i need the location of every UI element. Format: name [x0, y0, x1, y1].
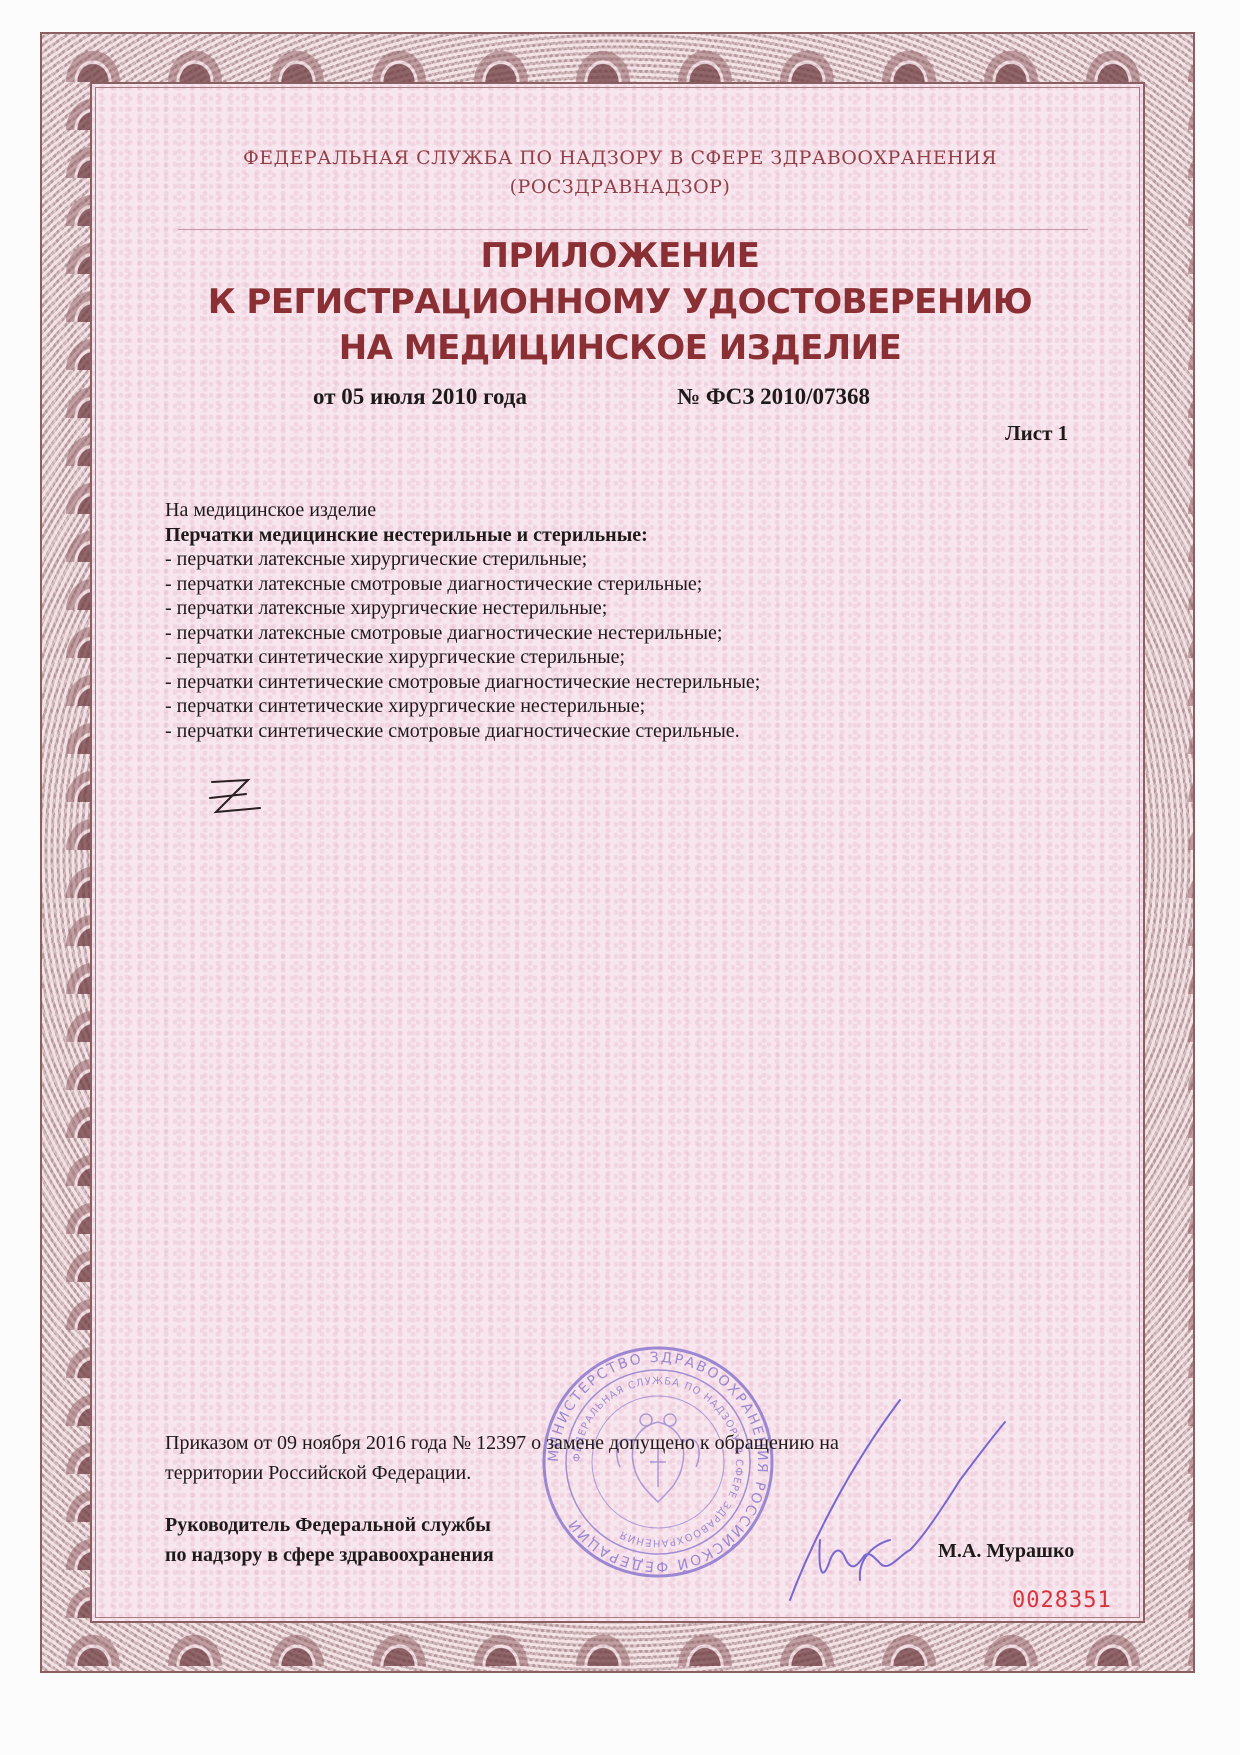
handwritten-signature	[760, 1360, 1020, 1620]
agency-name: ФЕДЕРАЛЬНАЯ СЛУЖБА ПО НАДЗОРУ В СФЕРЕ ЗД…	[0, 147, 1240, 169]
header-divider	[178, 229, 1088, 230]
signer-title-line1: Руководитель Федеральной службы	[165, 1510, 494, 1540]
product-list-item: - перчатки синтетические смотровые диагн…	[165, 719, 760, 744]
document-title-line2: К РЕГИСТРАЦИОННОМУ УДОСТОВЕРЕНИЮ	[0, 282, 1240, 322]
issue-date: от 05 июля 2010 года	[313, 384, 527, 410]
product-list: - перчатки латексные хирургические стери…	[165, 547, 760, 743]
document-content: ФЕДЕРАЛЬНАЯ СЛУЖБА ПО НАДЗОРУ В СФЕРЕ ЗД…	[0, 0, 1240, 1755]
product-list-item: - перчатки синтетические хирургические с…	[165, 645, 760, 670]
certificate-number: № ФСЗ 2010/07368	[677, 384, 870, 410]
serial-number: 0028351	[1012, 1588, 1112, 1613]
product-description: На медицинское изделие Перчатки медицинс…	[165, 498, 760, 743]
handwritten-z-mark	[206, 778, 266, 818]
product-list-item: - перчатки синтетические хирургические н…	[165, 694, 760, 719]
sheet-number: Лист 1	[1005, 421, 1068, 446]
product-list-item: - перчатки латексные хирургические несте…	[165, 596, 760, 621]
signer-title-line2: по надзору в сфере здравоохранения	[165, 1540, 494, 1570]
agency-abbreviation: (РОСЗДРАВНАДЗОР)	[0, 176, 1240, 198]
product-list-item: - перчатки синтетические смотровые диагн…	[165, 670, 760, 695]
product-list-item: - перчатки латексные смотровые диагности…	[165, 572, 760, 597]
intro-text: На медицинское изделие	[165, 498, 760, 523]
signer-name: М.А. Мурашко	[938, 1540, 1074, 1563]
signer-title: Руководитель Федеральной службы по надзо…	[165, 1510, 494, 1570]
product-list-item: - перчатки латексные хирургические стери…	[165, 547, 760, 572]
product-heading: Перчатки медицинские нестерильные и стер…	[165, 523, 760, 548]
product-list-item: - перчатки латексные смотровые диагности…	[165, 621, 760, 646]
document-title-line1: ПРИЛОЖЕНИЕ	[0, 236, 1240, 276]
document-title-line3: НА МЕДИЦИНСКОЕ ИЗДЕЛИЕ	[0, 328, 1240, 368]
